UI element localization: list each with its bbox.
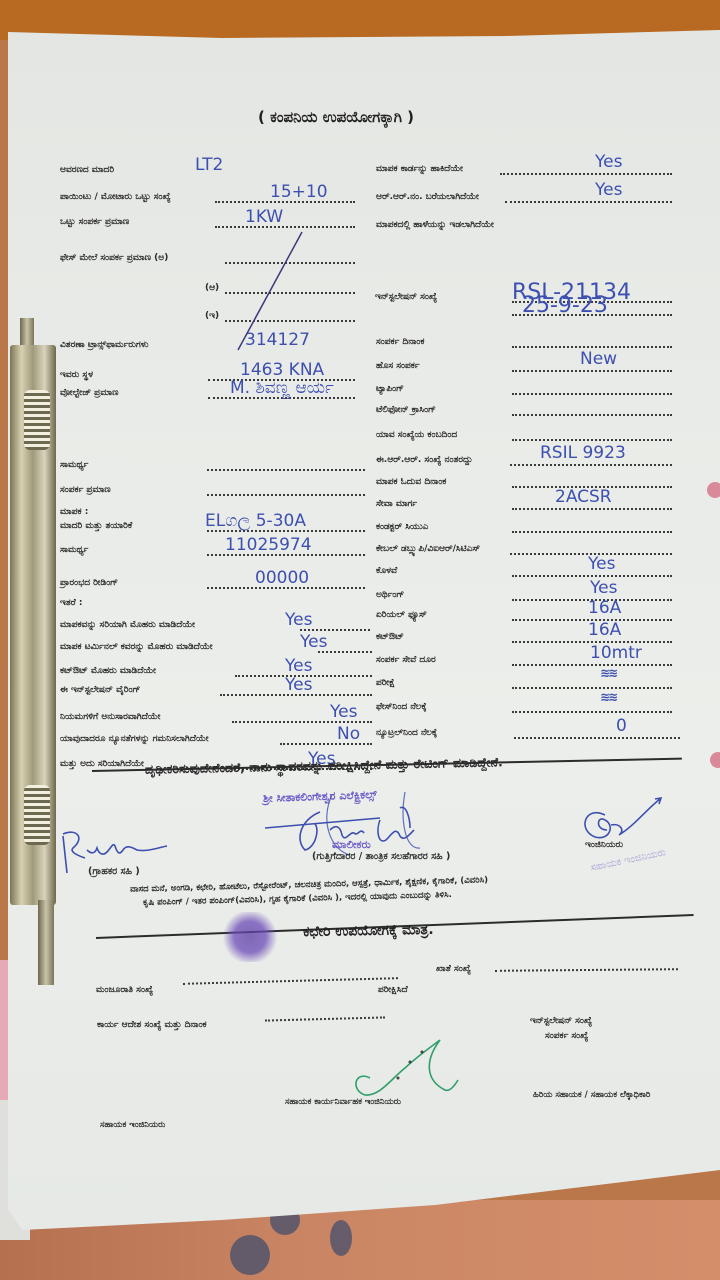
- left-field-label: ನಿಯಮಗಳಿಗೆ ಅನುಸಾರವಾಗಿದೆಯೇ: [60, 712, 161, 722]
- customer-sign-label: (ಗ್ರಾಹಕರ ಸಹಿ ): [88, 866, 140, 877]
- right-field-input[interactable]: [512, 687, 672, 689]
- cloth-flower-pattern: [330, 1220, 352, 1256]
- left-field-label: ಸಾಮರ್ಥ್ಯ: [60, 460, 88, 470]
- right-field-input[interactable]: [500, 173, 672, 175]
- left-field-handwritten-value: 00000: [255, 568, 309, 588]
- right-field-handwritten-value: ≋≋: [600, 690, 616, 704]
- left-field-handwritten-value: No: [337, 724, 360, 744]
- left-field-handwritten-value: 1KW: [245, 207, 283, 227]
- left-field-label: ಇವರು ಸ್ಥಳ: [60, 370, 93, 380]
- left-field-label: ಇತರೆ :: [60, 598, 82, 608]
- senior-assistant-label: ಹಿರಿಯ ಸಹಾಯಕ / ಸಹಾಯಕ ಲೆಕ್ಕಾಧಿಕಾರಿ: [533, 1090, 650, 1100]
- left-field-label: ಒಟ್ಟು ಸಂಪರ್ಕ ಪ್ರಮಾಣ: [60, 217, 129, 227]
- left-field-label: ಪ್ರಾರಂಭದ ರೀಡಿಂಗ್: [60, 578, 118, 588]
- strike-line: [230, 232, 310, 352]
- right-field-label: ಆರ್.ಆರ್.ನಂ. ಬರೆಯಲಾಗಿದೆಯೇ: [376, 192, 479, 202]
- connection-number-label: ಸಂಪರ್ಕ ಸಂಖ್ಯೆ: [545, 1031, 588, 1041]
- right-field-label: ಕೊಳವೆ: [376, 566, 397, 576]
- punch-hole: [710, 752, 720, 768]
- assistant-engineer-label: ಸಹಾಯಕ ಇಂಜಿನಿಯರು: [100, 1120, 165, 1130]
- right-field-label: ಮಾಪಕ ಕಾರ್ಡನ್ನು ಹಾಕಿದೆಯೇ: [376, 164, 463, 174]
- left-field-label: ಪಾಯಿಂಟು / ಮೋಟಾರು ಒಟ್ಟು ಸಂಖ್ಯೆ: [60, 192, 171, 202]
- left-field-label: ಈ ಇನ್‌ಸ್ಟಲೇಷನ್ ವೈರಿಂಗ್: [60, 685, 140, 695]
- office-use-title: ಕಛೇರಿ ಉಪಯೋಗಕ್ಕೆ ಮಾತ್ರ.: [303, 922, 434, 940]
- right-field-input[interactable]: [512, 508, 672, 510]
- engineer-signature: [575, 795, 665, 845]
- left-field-handwritten-value: Yes: [285, 675, 312, 695]
- left-field-label: ಸಂಪರ್ಕ ಪ್ರಮಾಣ: [60, 485, 111, 495]
- right-field-input[interactable]: [512, 439, 672, 441]
- right-field-label: ಇನ್‌ಸ್ಟಲೇಷನ್ ಸಂಖ್ಯೆ: [375, 292, 437, 302]
- right-field-handwritten-value: 16A: [588, 598, 621, 618]
- left-field-label: (ಆ): [205, 283, 219, 293]
- left-field-label: ಮಾಪಕ ಟರ್ಮಿನಲ್ ಕವರನ್ನು ಮೊಹರು ಮಾಡಿದೆಯೇ: [60, 642, 213, 652]
- right-field-label: ಟೆಲಿಫೋನ್ ಕ್ರಾಸಿಂಗ್: [376, 405, 436, 415]
- binder-tab-bottom: [38, 900, 54, 985]
- left-field-label: ಮಾದರಿ ಮತ್ತು ತಯಾರಿಕೆ: [60, 521, 132, 531]
- right-field-input[interactable]: [505, 201, 672, 203]
- right-field-label: ಹೊಸ ಸಂಪರ್ಕ: [376, 361, 420, 371]
- right-field-label: ಟ್ಯಾಪಿಂಗ್: [376, 384, 404, 394]
- right-field-input[interactable]: [512, 346, 672, 348]
- right-field-input[interactable]: [514, 737, 680, 739]
- left-field-handwritten-value: ELගල 5-30A: [205, 511, 306, 531]
- right-field-handwritten-value: Yes: [588, 554, 615, 574]
- left-field-label: ಮತ್ತು ಅದು ಸರಿಯಾಗಿದೆಯೇ: [60, 759, 144, 769]
- aee-signature: [330, 1040, 460, 1100]
- engineer-label: ಇಂಜಿನಿಯರು: [585, 840, 623, 850]
- left-field-input[interactable]: [207, 469, 365, 471]
- right-field-label: ಕಟ್‌ಔಟ್: [376, 632, 404, 642]
- binder-clip: [10, 345, 56, 905]
- installation-number-label: ಇನ್‌ಸ್ಟಲೇಷನ್ ಸಂಖ್ಯೆ: [530, 1016, 592, 1026]
- left-field-handwritten-value: Yes: [300, 632, 327, 652]
- left-field-input[interactable]: [215, 226, 355, 228]
- right-field-input[interactable]: [512, 531, 672, 533]
- left-field-label: ಕಟ್‌ಔಟ್ ಮೊಹರು ಮಾಡಿದೆಯೇ: [60, 666, 156, 676]
- binder-ridge: [24, 785, 50, 845]
- contractor-sign-label: (ಗುತ್ತಿಗೆದಾರರ / ತಾಂತ್ರಿಕ ಸಲಹೆಗಾರರ ಸಹಿ ): [312, 851, 450, 862]
- left-field-label: ಸಾಮರ್ಥ್ಯ: [60, 545, 88, 555]
- left-field-label: ಫೇಸ್ ಮೇಲೆ ಸಂಪರ್ಕ ಪ್ರಮಾಣ (ಅ): [60, 253, 168, 263]
- right-field-handwritten-value: New: [580, 349, 617, 369]
- left-field-input[interactable]: [207, 494, 365, 496]
- right-field-input[interactable]: [512, 575, 672, 577]
- right-field-label: ಸಂಪರ್ಕ ದಿನಾಂಕ: [376, 337, 424, 347]
- left-field-label: ವಿತರಣಾ ಟ್ರಾನ್ಸ್‌ಫಾರ್ಮರುಗಳು: [60, 340, 149, 350]
- right-field-label: ಮಾಪಕದಲ್ಲಿ ಹಾಳೆಯನ್ನು ಇಡಲಾಗಿದೆಯೇ: [376, 220, 494, 230]
- ink-stamp-blot: [220, 912, 280, 962]
- right-field-label: ಪರೀಕ್ಷೆ: [376, 678, 395, 688]
- account-number-label: ಖಾತೆ ಸಂಖ್ಯೆ: [436, 964, 471, 974]
- punch-hole: [707, 482, 720, 498]
- left-field-label: (ಇ): [205, 311, 219, 321]
- work-order-label: ಕಾರ್ಯ ಆದೇಶ ಸಂಖ್ಯೆ ಮತ್ತು ದಿನಾಂಕ: [97, 1020, 207, 1030]
- right-field-handwritten-value: Yes: [595, 152, 622, 172]
- left-field-label: ಆವರಣದ ಮಾದರಿ: [60, 165, 114, 175]
- left-field-label: ವೋಲ್ಟೇಜ್ ಪ್ರಮಾಣ: [60, 388, 118, 398]
- left-field-handwritten-value: 1463 KNA: [240, 360, 324, 380]
- sanction-number-label: ಮಂಜೂರಾತಿ ಸಂಖ್ಯೆ: [96, 985, 153, 995]
- right-field-handwritten-value: ≋≋: [600, 666, 616, 680]
- right-field-handwritten-value: 25-9-23: [522, 293, 608, 318]
- contractor-stamp-role: ಮಾಲೀಕರು: [332, 838, 371, 852]
- right-field-label: ಏರಿಯಲ್ ಫ್ಯೂಸ್: [376, 610, 427, 620]
- left-field-handwritten-value: Yes: [285, 610, 312, 630]
- right-field-label: ಮಾಪಕ ಓದುವ ದಿನಾಂಕ: [376, 477, 446, 487]
- right-field-input[interactable]: [512, 414, 672, 416]
- left-field-label: ಮಾಪಕ :: [60, 507, 88, 517]
- right-field-label: ಕಂಡಕ್ಟರ್ ಸಿಯುಎ: [376, 522, 428, 532]
- right-field-handwritten-value: 16A: [588, 620, 621, 640]
- left-field-label: ಮಾಪಕವನ್ನು ಸರಿಯಾಗಿ ಮೊಹರು ಮಾಡಿದೆಯೇ: [60, 620, 195, 630]
- aee-label: ಸಹಾಯಕ ಕಾರ್ಯನಿರ್ವಾಹಕ ಇಂಜಿನಿಯರು: [285, 1097, 401, 1107]
- right-field-label: ಸೇವಾ ಮಾರ್ಗ: [376, 499, 417, 509]
- right-field-input[interactable]: [512, 664, 672, 666]
- right-field-input[interactable]: [510, 464, 672, 466]
- left-field-handwritten-value: Yes: [285, 656, 312, 676]
- left-field-handwritten-value: LT2: [195, 155, 223, 175]
- left-field-handwritten-value: 15+10: [270, 182, 328, 202]
- right-field-handwritten-value: RSIL 9923: [540, 443, 626, 463]
- cloth-flower-pattern: [230, 1235, 270, 1275]
- right-field-handwritten-value: 2ACSR: [555, 487, 612, 507]
- right-field-label: ಕೇಬಲ್ ಡಬ್ಲ್ಯುಪಿ/ವಿಐಆರ್/ಸಿಟಿಎಸ್: [376, 544, 480, 554]
- right-field-label: ಸಂಪರ್ಕ ಸೇವೆ ದೂರ: [376, 655, 436, 665]
- right-field-input[interactable]: [512, 393, 672, 395]
- form-title: ( ಕಂಪನಿಯ ಉಪಯೋಗಕ್ಕಾಗಿ ): [258, 108, 414, 126]
- left-field-handwritten-value: Yes: [330, 702, 357, 722]
- right-field-label: ಯಾವ ಸಂಖ್ಯೆಯ ಕಂಬದಿಂದ: [376, 430, 457, 440]
- binder-ridge: [24, 390, 50, 450]
- right-field-handwritten-value: 0: [616, 716, 627, 736]
- right-field-input[interactable]: [512, 370, 672, 372]
- right-field-handwritten-value: Yes: [595, 180, 622, 200]
- left-field-label: ಯಾವುದಾದರೂ ನ್ಯೂನತೆಗಳನ್ನು ಗಮನಿಸಲಾಗಿದೆಯೇ: [60, 734, 209, 744]
- left-field-handwritten-value: M. ಶಿವಣ್ಣ ಆರ್ಯ: [230, 378, 334, 398]
- right-field-handwritten-value: Yes: [590, 578, 617, 598]
- right-field-label: ಫೇಸ್‌ನಿಂದ ನೆಲಕ್ಕೆ: [376, 702, 427, 712]
- right-field-input[interactable]: [512, 711, 672, 713]
- right-field-label: ಅರ್ಥಿಂಗ್: [376, 590, 404, 600]
- right-field-label: ನ್ಯೂಟ್ರಲ್‌ನಿಂದ ನೆಲಕ್ಕೆ: [376, 728, 437, 738]
- right-field-handwritten-value: 10mtr: [590, 643, 642, 663]
- left-field-handwritten-value: 11025974: [225, 535, 312, 555]
- right-field-label: ಈ.ಆರ್.ಆರ್. ಸಂಖ್ಯೆ ನಂತರದ್ದು: [376, 455, 473, 465]
- checked-label: ಪರೀಕ್ಷಿಸಿದೆ: [378, 985, 408, 995]
